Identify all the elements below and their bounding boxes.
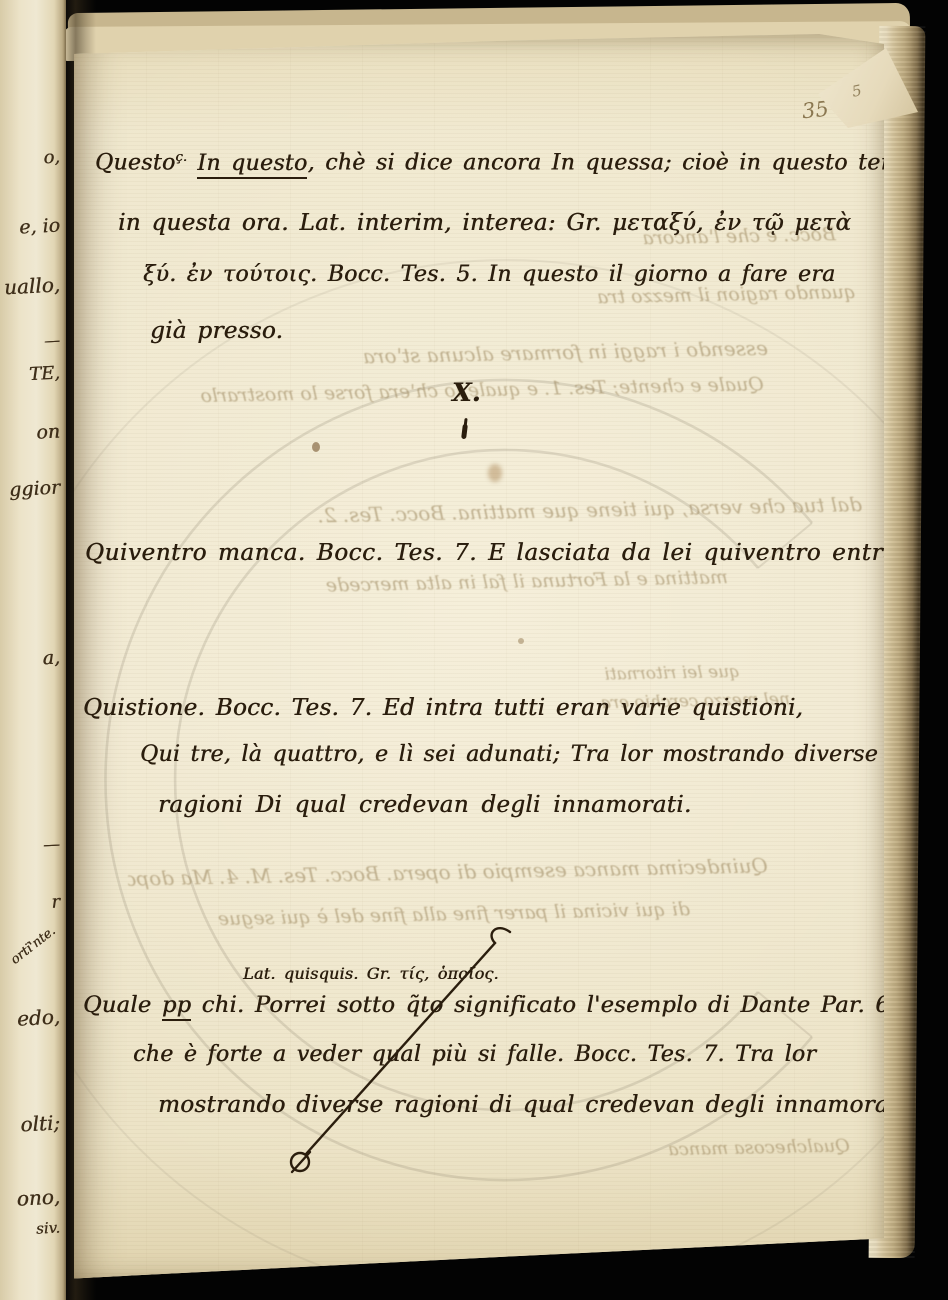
bleedthrough-line: Qualchecosa manca bbox=[600, 1135, 850, 1161]
entry-quiventro-line1: Quiventro manca. Bocc. Tes. 7. E lasciat… bbox=[85, 540, 931, 566]
entry-quistione-line3: ragioni Di qual credevan degli innamorat… bbox=[158, 792, 691, 818]
underlined-lemma: In questo bbox=[197, 151, 307, 179]
facing-page-fragment: siv. bbox=[2, 1218, 61, 1239]
facing-page-fragment: olti; bbox=[1, 1110, 60, 1137]
facing-page-fragment: r bbox=[1, 891, 60, 915]
headword-questo: Questo bbox=[95, 151, 175, 176]
facing-page-fragment: ono, bbox=[1, 1184, 60, 1211]
facing-page-fragment: ggior bbox=[1, 476, 60, 501]
entry-quistione-line1: Quistione. Bocc. Tes. 7. Ed intra tutti … bbox=[83, 695, 803, 721]
facing-page-fragment: ortï'nte. bbox=[4, 924, 59, 972]
facing-page-fragment: TE, bbox=[1, 362, 60, 386]
entry-questo-line1: Questoç. In questo, chè si dice ancora I… bbox=[95, 150, 937, 176]
facing-page-fragment: o, bbox=[1, 146, 60, 170]
per-per-abbreviation: pp bbox=[162, 992, 191, 1021]
entry-questo-line2: in questa ora. Lat. interim, interea: Gr… bbox=[118, 210, 851, 236]
manuscript-page: Bocc. e che l'ancora quando ragion il me… bbox=[74, 34, 884, 1286]
entry-quale-interlinear: Lat. quisquis. Gr. τίς, ὁποῖος. bbox=[243, 964, 499, 983]
fox-spot bbox=[312, 442, 320, 452]
facing-page-fragment: uallo, bbox=[1, 272, 60, 299]
entry-quale-line3: mostrando diverse ragioni di qual credev… bbox=[158, 1092, 914, 1118]
fox-spot bbox=[518, 638, 524, 644]
entry-questo-line4: già presso. bbox=[150, 318, 283, 344]
entry-quale-line2: che è forte a veder qual più si falle. B… bbox=[133, 1042, 816, 1067]
manuscript-photo: o, e, io uallo, — TE, on ggior a, — r or… bbox=[0, 0, 948, 1300]
fox-spot bbox=[488, 464, 502, 482]
bleedthrough-line: di qui vicina il parer fine alla fine de… bbox=[130, 898, 690, 932]
entry-quistione-line2: Qui tre, là quattro, e lì sei adunati; T… bbox=[140, 742, 878, 767]
bleedthrough-line: dal tua che versa, qui tiene que mattina… bbox=[102, 492, 862, 532]
facing-page-fragment: edo, bbox=[1, 1004, 60, 1031]
bleedthrough-line: Quindecima manca esempio di opera. Bocc.… bbox=[128, 853, 768, 890]
bleedthrough-line: que lei ritornati bbox=[540, 662, 740, 686]
x-mark: X. bbox=[452, 378, 481, 407]
facing-page-edge: o, e, io uallo, — TE, on ggior a, — r or… bbox=[0, 0, 66, 1300]
facing-page-fragment: — bbox=[2, 330, 61, 352]
bleedthrough-line: Quale e chente; Tes. 1. e quale io ch'er… bbox=[114, 373, 764, 409]
facing-page-fragment: on bbox=[1, 420, 60, 445]
ink-blot bbox=[461, 424, 468, 439]
headword-quale: Quale bbox=[83, 992, 151, 1018]
bleedthrough-line: mattina e la Fortuna il fal in alta merc… bbox=[168, 566, 728, 600]
entry-questo-line3: ξύ. ἐν τούτοις. Bocc. Tes. 5. In questo … bbox=[143, 262, 835, 287]
facing-page-fragment: e, io bbox=[1, 214, 60, 239]
facing-page-fragment: — bbox=[2, 834, 61, 857]
entry-quale-line1: Quale pp chi. Porrei sotto q̃to signific… bbox=[83, 992, 931, 1018]
abbreviation-mark: ç. bbox=[175, 150, 187, 165]
facing-page-fragment: a, bbox=[1, 646, 60, 671]
